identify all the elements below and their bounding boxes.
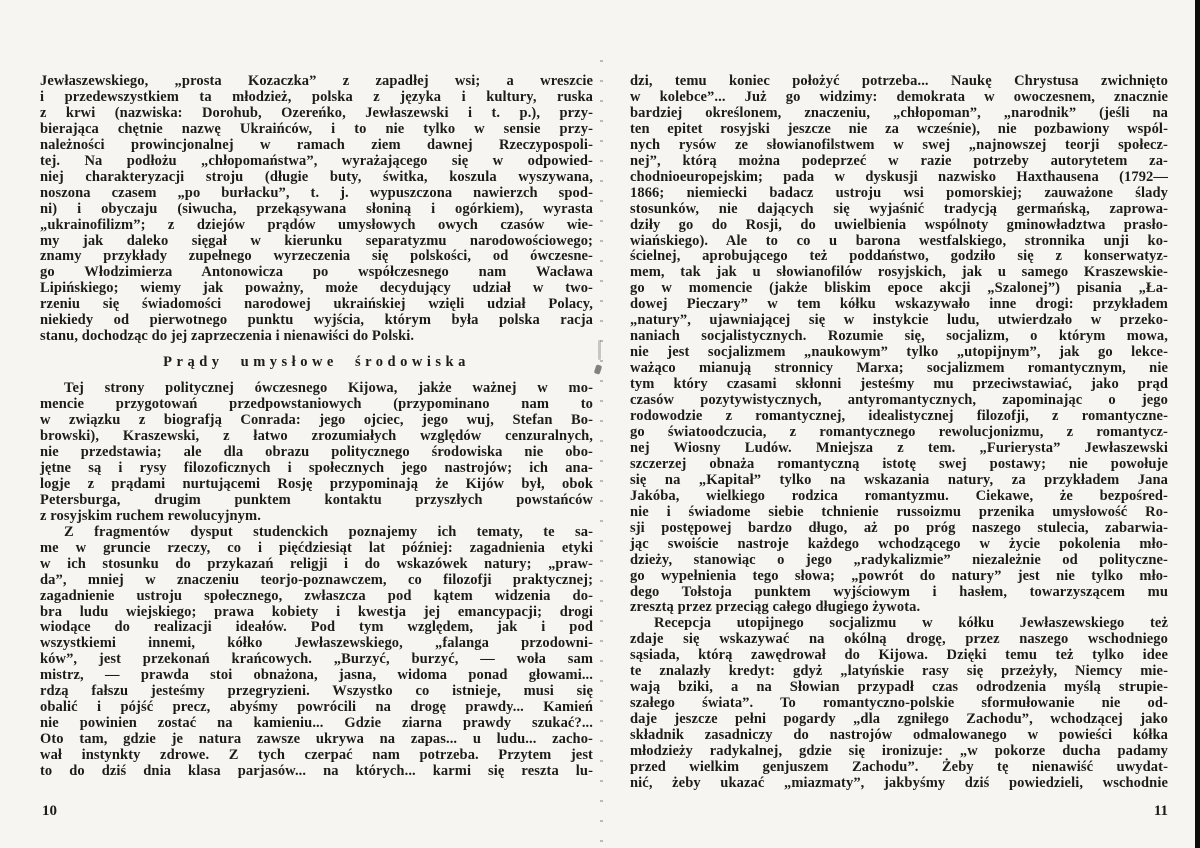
text-line: dego Tołstoja punktem wyjściowym i hasłe… — [630, 585, 1168, 601]
book-spread: Jewłaszewskiego, „prosta Kozaczka” z zap… — [0, 0, 1200, 848]
gutter-fold-speckles — [600, 60, 603, 848]
text-line: bra ludu wiejskiego; prawa kobiety i kwe… — [40, 605, 593, 621]
text-line: Tej strony politycznej ówczesnego Kijowa… — [40, 381, 593, 397]
text-line: wał instynkty zdrowe. Z tych czerpać nam… — [40, 748, 593, 764]
text-line: rodowodzie z romantycznej, idealistyczne… — [630, 409, 1168, 425]
text-line: dzieży, stanowiąc o jego „radykalizmie” … — [630, 553, 1168, 569]
text-line: szałego świata”. To romantyczno-polskie … — [630, 696, 1168, 712]
right-page-number: 11 — [630, 803, 1168, 820]
text-line: noszona czasem „po burłacku”, t. j. wypu… — [40, 186, 593, 202]
text-line: stanu, dochodząc do jej zaprzeczenia i n… — [40, 329, 593, 345]
text-line: tym który czasami skłonni jesteśmy mu pr… — [630, 377, 1168, 393]
scan-right-edge-line — [1195, 0, 1200, 848]
text-line: sąsiada, którą zawędrował do Kijowa. Dzi… — [630, 648, 1168, 664]
text-line: dziły go do Rosji, do uwielbienia wspóln… — [630, 218, 1168, 234]
text-line: to do dziś dnia klasa parjasów... na któ… — [40, 764, 593, 780]
text-line: sji postępowej bardzo długo, aż po próg … — [630, 521, 1168, 537]
left-page-number: 10 — [42, 803, 57, 820]
text-line: szczerzej obnaża romantyczną istotę swej… — [630, 457, 1168, 473]
text-line: nych rysów ze słowianofilstwem w swej „n… — [630, 138, 1168, 154]
text-line: Oto tam, gdzie je natura zawsze ukrywa n… — [40, 732, 593, 748]
text-line: z krwi (nazwiska: Dorohub, Ozereńko, Jew… — [40, 106, 593, 122]
text-line: wiańskiego). Ale to co u barona westfals… — [630, 234, 1168, 250]
text-line: w związku z biografją Conrada: jego ojci… — [40, 413, 593, 429]
text-line: dzi, temu koniec położyć potrzeba... Nau… — [630, 74, 1168, 90]
text-line: stosunków, nie dających się wyjaśnić tra… — [630, 202, 1168, 218]
text-line: mencie przygotowań przedpowstaniowych (p… — [40, 397, 593, 413]
text-line: nie przedstawia; ale dla obrazu politycz… — [40, 445, 593, 461]
text-line: go Włodzimierza Antonowicza po współczes… — [40, 265, 593, 281]
text-line: wają bziki, a na Słowian przypadł czas o… — [630, 680, 1168, 696]
text-line: młodzieży radykalnej, gdzie się ironizuj… — [630, 744, 1168, 760]
text-line: nić, żeby ukazać „miazmaty”, jakbyśmy dz… — [630, 776, 1168, 792]
text-line: obalić i pójść precz, abyśmy powrócili n… — [40, 700, 593, 716]
text-line: go światoodczucia, z romantycznego rewol… — [630, 425, 1168, 441]
text-line: z rosyjskim ruchem rewolucyjnym. — [40, 509, 593, 525]
text-line: naniach socjalistycznych. Rozumie się, s… — [630, 329, 1168, 345]
text-line: logje z prądami nurtującemi Rosję przypo… — [40, 477, 593, 493]
text-line: jętne są i rysy filozoficznych i społecz… — [40, 461, 593, 477]
text-line: „ukrainofilizm”; z dziejów prądów umysło… — [40, 218, 593, 234]
text-line: czasów pozytywistycznych, antyromantyczn… — [630, 393, 1168, 409]
text-line: dowej Pieczary” w tem kółku wskazywało i… — [630, 297, 1168, 313]
text-line: ważąco mianują stronnicy Marxa; socjaliz… — [630, 361, 1168, 377]
text-line: me w gruncie rzeczy, co i pięćdziesiąt l… — [40, 541, 593, 557]
text-line: bierająca chętnie nazwę Ukraińców, i to … — [40, 122, 593, 138]
text-line: mem, tak jak u słowianofilów rosyjskich,… — [630, 265, 1168, 281]
text-line: ków”, jest przekonań krańcowych. „Burzyć… — [40, 652, 593, 668]
text-line: „natury”, ujawniającej się w instykcie l… — [630, 313, 1168, 329]
text-line: zdaje się wskazywać na okólną drogę, prz… — [630, 632, 1168, 648]
text-line: nie i świadome siebie tchnienie russoizm… — [630, 505, 1168, 521]
text-line: zresztą przez przeciąg całego długiego ż… — [630, 600, 1168, 616]
text-line: Jakóba, wielkiego rodzica romantyzmu. Ci… — [630, 489, 1168, 505]
text-line: 1866; niemiecki badacz ustroju wsi pomor… — [630, 186, 1168, 202]
text-line: ni) i obyczaju (siwucha, przekąsywana sł… — [40, 202, 593, 218]
text-line: rzeniu się świadomości narodowej ukraińs… — [40, 297, 593, 313]
text-line: rdzą fałszu jesteśmy przegryzieni. Wszys… — [40, 684, 593, 700]
text-line: przed wielkim genjuszem Zachodu”. Żeby t… — [630, 760, 1168, 776]
text-line: chodnioeuropejskim; pada w dyskusji nazw… — [630, 170, 1168, 186]
right-page-text-column: dzi, temu koniec położyć potrzeba... Nau… — [630, 74, 1168, 792]
text-line: da”, mniej w znaczeniu teorjo-poznawczem… — [40, 573, 593, 589]
text-line: znamy przykłady zupełnego wyrzeczenia si… — [40, 249, 593, 265]
left-page-text-column: Jewłaszewskiego, „prosta Kozaczka” z zap… — [40, 74, 593, 780]
text-line: mistrz, — prawda stoi obnażona, jasna, w… — [40, 668, 593, 684]
text-line: ten epitet rosyjski jeszcze nie za wcześ… — [630, 122, 1168, 138]
text-line: wszystkiemi innemi, kółko Jewłaszewskieg… — [40, 636, 593, 652]
text-line: w ich stosunku do przykazań religji i do… — [40, 557, 593, 573]
text-line: niej charakteryzacji stroju (długie buty… — [40, 170, 593, 186]
section-heading: Prądy umysłowe środowiska — [40, 355, 593, 371]
text-line: bardziej określonem, znaczeniu, „chłopom… — [630, 106, 1168, 122]
text-line: ścielnej, aprobującego też poddaństwo, g… — [630, 249, 1168, 265]
text-line: składnik zasadniczy do nastrojów odmalow… — [630, 728, 1168, 744]
text-line: i przedewszystkiem ta młodzież, polska z… — [40, 90, 593, 106]
text-line: Lipińskiego; wiemy jak poważny, może dec… — [40, 281, 593, 297]
text-line: jąc swoiście nastroje każdego wchodząceg… — [630, 537, 1168, 553]
text-line: zagadnienie ustroju społecznego, zwłaszc… — [40, 589, 593, 605]
text-line: nie jest socjalizmem „naukowym” tylko „u… — [630, 345, 1168, 361]
text-line: należności prowincjonalnej w ramach ziem… — [40, 138, 593, 154]
text-line: my jak daleko sięgał w kierunku separaty… — [40, 234, 593, 250]
text-line: tej. Na podłożu „chłopomaństwa”, wyrażaj… — [40, 154, 593, 170]
text-line: browski), Kraszewski, z łatwo zrozumiały… — [40, 429, 593, 445]
text-line: go wypełnienia tego słowa; „powrót do na… — [630, 569, 1168, 585]
text-line: się na „Kapitał” tylko na wskazania natu… — [630, 473, 1168, 489]
text-line: te znalazły kredyt: gdyż „latyńskie rasy… — [630, 664, 1168, 680]
text-line: daje jeszcze pełni pogardy „dla zgniłego… — [630, 712, 1168, 728]
text-line: wiodące do realizacji ideałów. Pod tym w… — [40, 620, 593, 636]
text-line: Recepcja utopijnego socjalizmu w kółku J… — [630, 616, 1168, 632]
text-line: w kolebce”... Już go widzimy: demokrata … — [630, 90, 1168, 106]
text-line: nie powinien zostać na kamieniu... Gdzie… — [40, 716, 593, 732]
text-line: Z fragmentów dysput studenckich poznajem… — [40, 525, 593, 541]
text-line: Petersburga, drugim punktem kontaktu prz… — [40, 493, 593, 509]
text-line: nej Wiosny Ludów. Mniejsza z tem. „Furie… — [630, 441, 1168, 457]
text-line: Jewłaszewskiego, „prosta Kozaczka” z zap… — [40, 74, 593, 90]
text-line: nej”, którą można podeprzeć w razie potr… — [630, 154, 1168, 170]
text-line: niekiedy od pierwotnego punktu wyjścia, … — [40, 313, 593, 329]
text-line: go w momencie (jakże bliskim epoce akcji… — [630, 281, 1168, 297]
